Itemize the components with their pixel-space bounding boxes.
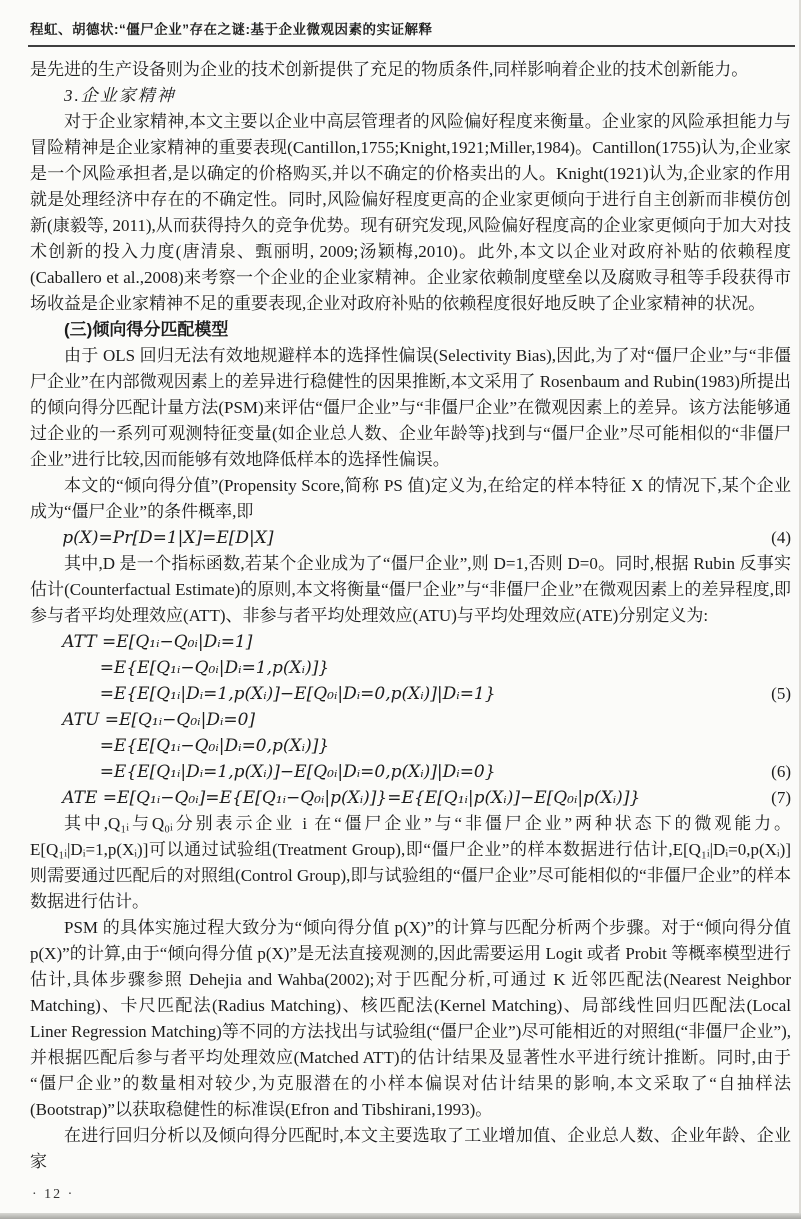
subsection-heading-entrepreneurship: 3.企业家精神 xyxy=(30,83,791,109)
equation-4-line: p(X)=Pr[D=1|X]=E[D|X] (4) xyxy=(30,525,791,551)
paragraph-psm-intro: 由于 OLS 回归无法有效地规避样本的选择性偏误(Selectivity Bia… xyxy=(30,343,791,473)
equation-7: ATE =E[Q₁ᵢ−Q₀ᵢ]=E{E[Q₁ᵢ−Q₀ᵢ|p(Xᵢ)]}=E{E[… xyxy=(30,785,791,811)
equation-4-body: p(X)=Pr[D=1|X]=E[D|X] xyxy=(62,525,273,551)
paragraph-variables-selection: 在进行回归分析以及倾向得分匹配时,本文主要选取了工业增加值、企业总人数、企业年龄… xyxy=(30,1123,791,1175)
equation-5-number: (5) xyxy=(771,681,791,707)
paragraph-entrepreneurship: 对于企业家精神,本文主要以企业中高层管理者的风险偏好程度来衡量。企业家的风险承担… xyxy=(30,109,791,317)
equation-6-line-3: =E{E[Q₁ᵢ|Dᵢ=1,p(Xᵢ)]−E[Q₀ᵢ|Dᵢ=0,p(Xᵢ)]|D… xyxy=(30,759,791,785)
paragraph-psm-procedure: PSM 的具体实施过程大致分为“倾向得分值 p(X)”的计算与匹配分析两个步骤。… xyxy=(30,915,791,1123)
equation-5-line-3: =E{E[Q₁ᵢ|Dᵢ=1,p(Xᵢ)]−E[Q₀ᵢ|Dᵢ=0,p(Xᵢ)]|D… xyxy=(30,681,791,707)
scan-edge-bottom xyxy=(0,1213,801,1219)
running-head: 程虹、胡德状:“僵尸企业”存在之谜:基于企业微观因素的实证解释 xyxy=(30,22,787,38)
equation-7-body: ATE =E[Q₁ᵢ−Q₀ᵢ]=E{E[Q₁ᵢ−Q₀ᵢ|p(Xᵢ)]}=E{E[… xyxy=(62,785,640,811)
equation-5-line-1: ATT =E[Q₁ᵢ−Q₀ᵢ|Dᵢ=1] xyxy=(30,629,791,655)
equation-7-line: ATE =E[Q₁ᵢ−Q₀ᵢ]=E{E[Q₁ᵢ−Q₀ᵢ|p(Xᵢ)]}=E{E[… xyxy=(30,785,791,811)
article-body: 是先进的生产设备则为企业的技术创新提供了充足的物质条件,同样影响着企业的技术创新… xyxy=(30,57,791,1175)
equation-6-body-3: =E{E[Q₁ᵢ|Dᵢ=1,p(Xᵢ)]−E[Q₀ᵢ|Dᵢ=0,p(Xᵢ)]|D… xyxy=(100,759,496,785)
section-heading-psm-model: (三)倾向得分匹配模型 xyxy=(30,317,791,343)
paragraph-continuation: 是先进的生产设备则为企业的技术创新提供了充足的物质条件,同样影响着企业的技术创新… xyxy=(30,57,791,83)
equation-7-number: (7) xyxy=(771,785,791,811)
equation-5: ATT =E[Q₁ᵢ−Q₀ᵢ|Dᵢ=1] =E{E[Q₁ᵢ−Q₀ᵢ|Dᵢ=1,p… xyxy=(30,629,791,707)
equation-6: ATU =E[Q₁ᵢ−Q₀ᵢ|Dᵢ=0] =E{E[Q₁ᵢ−Q₀ᵢ|Dᵢ=0,p… xyxy=(30,707,791,785)
equation-5-body-3: =E{E[Q₁ᵢ|Dᵢ=1,p(Xᵢ)]−E[Q₀ᵢ|Dᵢ=0,p(Xᵢ)]|D… xyxy=(100,681,496,707)
equation-6-number: (6) xyxy=(771,759,791,785)
equation-4: p(X)=Pr[D=1|X]=E[D|X] (4) xyxy=(30,525,791,551)
scanned-paper-page: 程虹、胡德状:“僵尸企业”存在之谜:基于企业微观因素的实证解释 是先进的生产设备… xyxy=(0,0,801,1219)
equation-4-number: (4) xyxy=(771,525,791,551)
page-number: · 12 · xyxy=(32,1187,74,1203)
equation-6-body-2: =E{E[Q₁ᵢ−Q₀ᵢ|Dᵢ=0,p(Xᵢ)]} xyxy=(100,733,329,759)
equation-5-body-1: ATT =E[Q₁ᵢ−Q₀ᵢ|Dᵢ=1] xyxy=(62,629,252,655)
equation-6-line-2: =E{E[Q₁ᵢ−Q₀ᵢ|Dᵢ=0,p(Xᵢ)]} xyxy=(30,733,791,759)
paragraph-indicator-function: 其中,D 是一个指标函数,若某个企业成为了“僵尸企业”,则 D=1,否则 D=0… xyxy=(30,551,791,629)
equation-5-body-2: =E{E[Q₁ᵢ−Q₀ᵢ|Dᵢ=1,p(Xᵢ)]} xyxy=(100,655,329,681)
paragraph-propensity-score-def: 本文的“倾向得分值”(Propensity Score,简称 PS 值)定义为,… xyxy=(30,473,791,525)
header-rule xyxy=(28,45,795,47)
equation-5-line-2: =E{E[Q₁ᵢ−Q₀ᵢ|Dᵢ=1,p(Xᵢ)]} xyxy=(30,655,791,681)
equation-6-body-1: ATU =E[Q₁ᵢ−Q₀ᵢ|Dᵢ=0] xyxy=(62,707,255,733)
paragraph-treatment-control: 其中,Q₁ᵢ与Q₀ᵢ分别表示企业 i 在“僵尸企业”与“非僵尸企业”两种状态下的… xyxy=(30,811,791,915)
equation-6-line-1: ATU =E[Q₁ᵢ−Q₀ᵢ|Dᵢ=0] xyxy=(30,707,791,733)
